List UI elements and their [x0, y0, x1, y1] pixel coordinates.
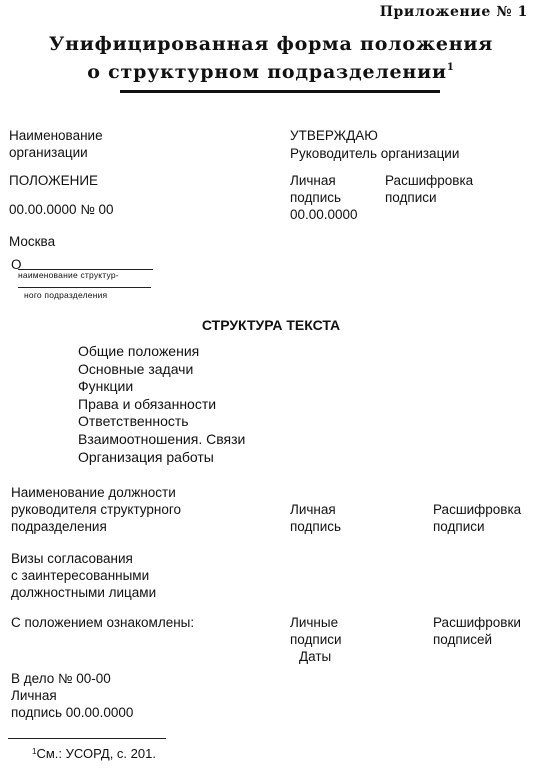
date-number: 00.00.0000 № 00	[9, 201, 114, 218]
section-item: Организация работы	[78, 449, 245, 467]
footnote: 1См.: УСОРД, с. 201.	[32, 746, 156, 761]
approval-signature: Личная подпись 00.00.0000	[290, 172, 358, 223]
title-line-2: о структурном подразделении1	[0, 56, 542, 84]
approval-visas: Визы согласования с заинтересованными до…	[11, 550, 156, 601]
approve-label: УТВЕРЖДАЮ	[290, 127, 378, 144]
section-item: Общие положения	[78, 343, 245, 361]
filing-mark: В дело № 00-00 Личная подпись 00.00.0000	[11, 670, 133, 721]
section-item: Основные задачи	[78, 361, 245, 379]
section-item: Ответственность	[78, 413, 245, 431]
footnote-rule	[8, 738, 166, 739]
section-item: Права и обязанности	[78, 396, 245, 414]
unit-name-line-2	[18, 287, 151, 288]
title-rule	[120, 90, 440, 93]
document-type: ПОЛОЖЕНИЕ	[9, 172, 98, 189]
structure-sections: Общие положения Основные задачи Функции …	[78, 343, 245, 466]
section-item: Функции	[78, 378, 245, 396]
organization-name: Наименование организации	[9, 127, 103, 161]
acquainted-label: С положением ознакомлены:	[11, 614, 194, 631]
structure-heading: СТРУКТУРА ТЕКСТА	[0, 317, 542, 333]
acquainted-decoding: Расшифровки подписей	[433, 614, 521, 648]
unit-head-decoding: Расшифровка подписи	[433, 501, 521, 535]
document-title: Унифицированная форма положения о структ…	[0, 32, 542, 84]
footnote-mark: 1	[447, 62, 455, 73]
head-of-organization: Руководитель организации	[290, 145, 459, 162]
approval-decoding: Расшифровка подписи	[385, 172, 473, 206]
unit-head-signature: Личная подпись	[290, 501, 341, 535]
city: Москва	[9, 233, 55, 250]
section-item: Взаимоотношения. Связи	[78, 431, 245, 449]
appendix-number: Приложение № 1	[380, 4, 528, 20]
unit-caption-2: ного подразделения	[24, 290, 107, 300]
acquainted-signatures: Личные подписи Даты	[290, 614, 342, 665]
unit-head-position: Наименование должности руководителя стру…	[11, 484, 181, 535]
title-line-1: Унифицированная форма положения	[0, 32, 542, 56]
unit-caption-1: наименование структур-	[18, 270, 119, 280]
